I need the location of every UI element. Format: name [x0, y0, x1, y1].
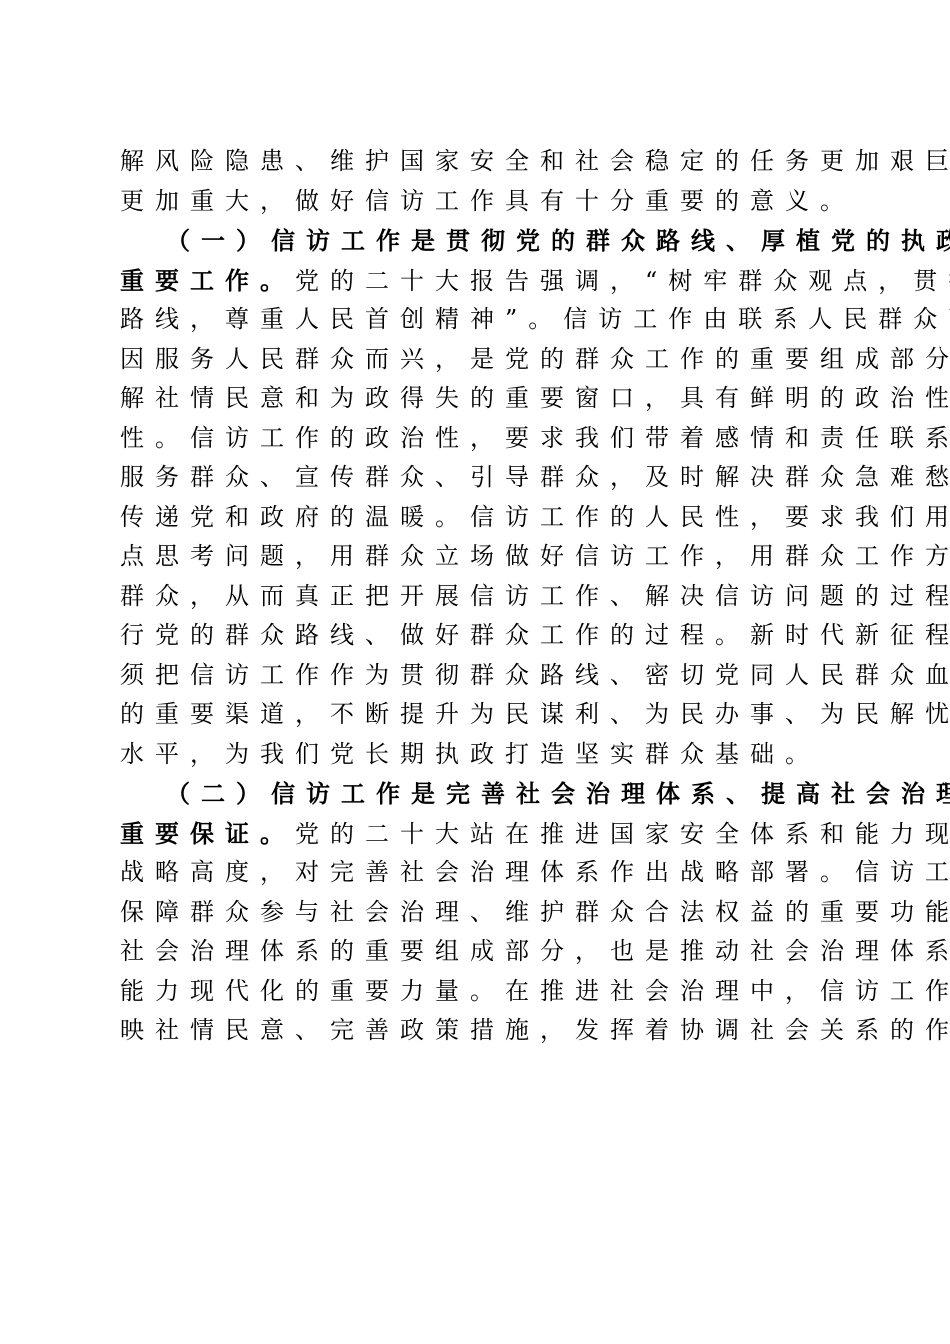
body-line: 映社情民意、完善政策措施，发挥着协调社会关系的作用；通 [120, 1011, 830, 1051]
section-1-heading-end: 重要工作。 [120, 266, 295, 295]
body-line: 战略高度，对完善社会治理体系作出战略部署。信访工作具有 [120, 853, 830, 893]
body-line: 路线，尊重人民首创精神”。信访工作由联系人民群众而生、 [120, 300, 830, 340]
body-text: 党的二十大报告强调，“树牢群众观点，贯彻群众 [295, 267, 950, 295]
body-line: 性。信访工作的政治性，要求我们带着感情和责任联系群众、 [120, 419, 830, 459]
body-line: 传递党和政府的温暖。信访工作的人民性，要求我们用群众观 [120, 498, 830, 538]
body-line: 的重要渠道，不断提升为民谋利、为民办事、为民解忧的能力 [120, 695, 830, 735]
section-2-first-line: 重要保证。党的二十大站在推进国家安全体系和能力现代化的 [120, 814, 830, 854]
body-line: 保障群众参与社会治理、维护群众合法权益的重要功能，既是 [120, 893, 830, 933]
body-line: 因服务人民群众而兴，是党的群众工作的重要组成部分，是了 [120, 340, 830, 380]
body-line: 解风险隐患、维护国家安全和社会稳定的任务更加艰巨、责任 [120, 142, 830, 182]
body-line: 社会治理体系的重要组成部分，也是推动社会治理体系和治理 [120, 932, 830, 972]
body-line: 更加重大，做好信访工作具有十分重要的意义。 [120, 182, 830, 222]
section-1-heading: （一）信访工作是贯彻党的群众路线、厚植党的执政根基的 [120, 221, 830, 261]
body-line: 须把信访工作作为贯彻群众路线、密切党同人民群众血肉联系 [120, 656, 830, 696]
body-text: 党的二十大站在推进国家安全体系和能力现代化的 [295, 820, 950, 848]
section-2-heading-end: 重要保证。 [120, 819, 295, 848]
body-line: 服务群众、宣传群众、引导群众，及时解决群众急难愁盼问题、 [120, 458, 830, 498]
body-line: 水平，为我们党长期执政打造坚实群众基础。 [120, 735, 830, 775]
body-line: 解社情民意和为政得失的重要窗口，具有鲜明的政治性和人民 [120, 379, 830, 419]
document-page: 解风险隐患、维护国家安全和社会稳定的任务更加艰巨、责任 更加重大，做好信访工作具… [120, 142, 830, 1051]
body-line: 能力现代化的重要力量。在推进社会治理中，信访工作通过反 [120, 972, 830, 1012]
body-line: 群众，从而真正把开展信访工作、解决信访问题的过程作为践 [120, 577, 830, 617]
body-line: 行党的群众路线、做好群众工作的过程。新时代新征程上，必 [120, 616, 830, 656]
section-2-heading: （二）信访工作是完善社会治理体系、提高社会治理能力的 [120, 774, 830, 814]
body-line: 点思考问题，用群众立场做好信访工作，用群众工作方法服务 [120, 537, 830, 577]
section-1-first-line: 重要工作。党的二十大报告强调，“树牢群众观点，贯彻群众 [120, 261, 830, 301]
